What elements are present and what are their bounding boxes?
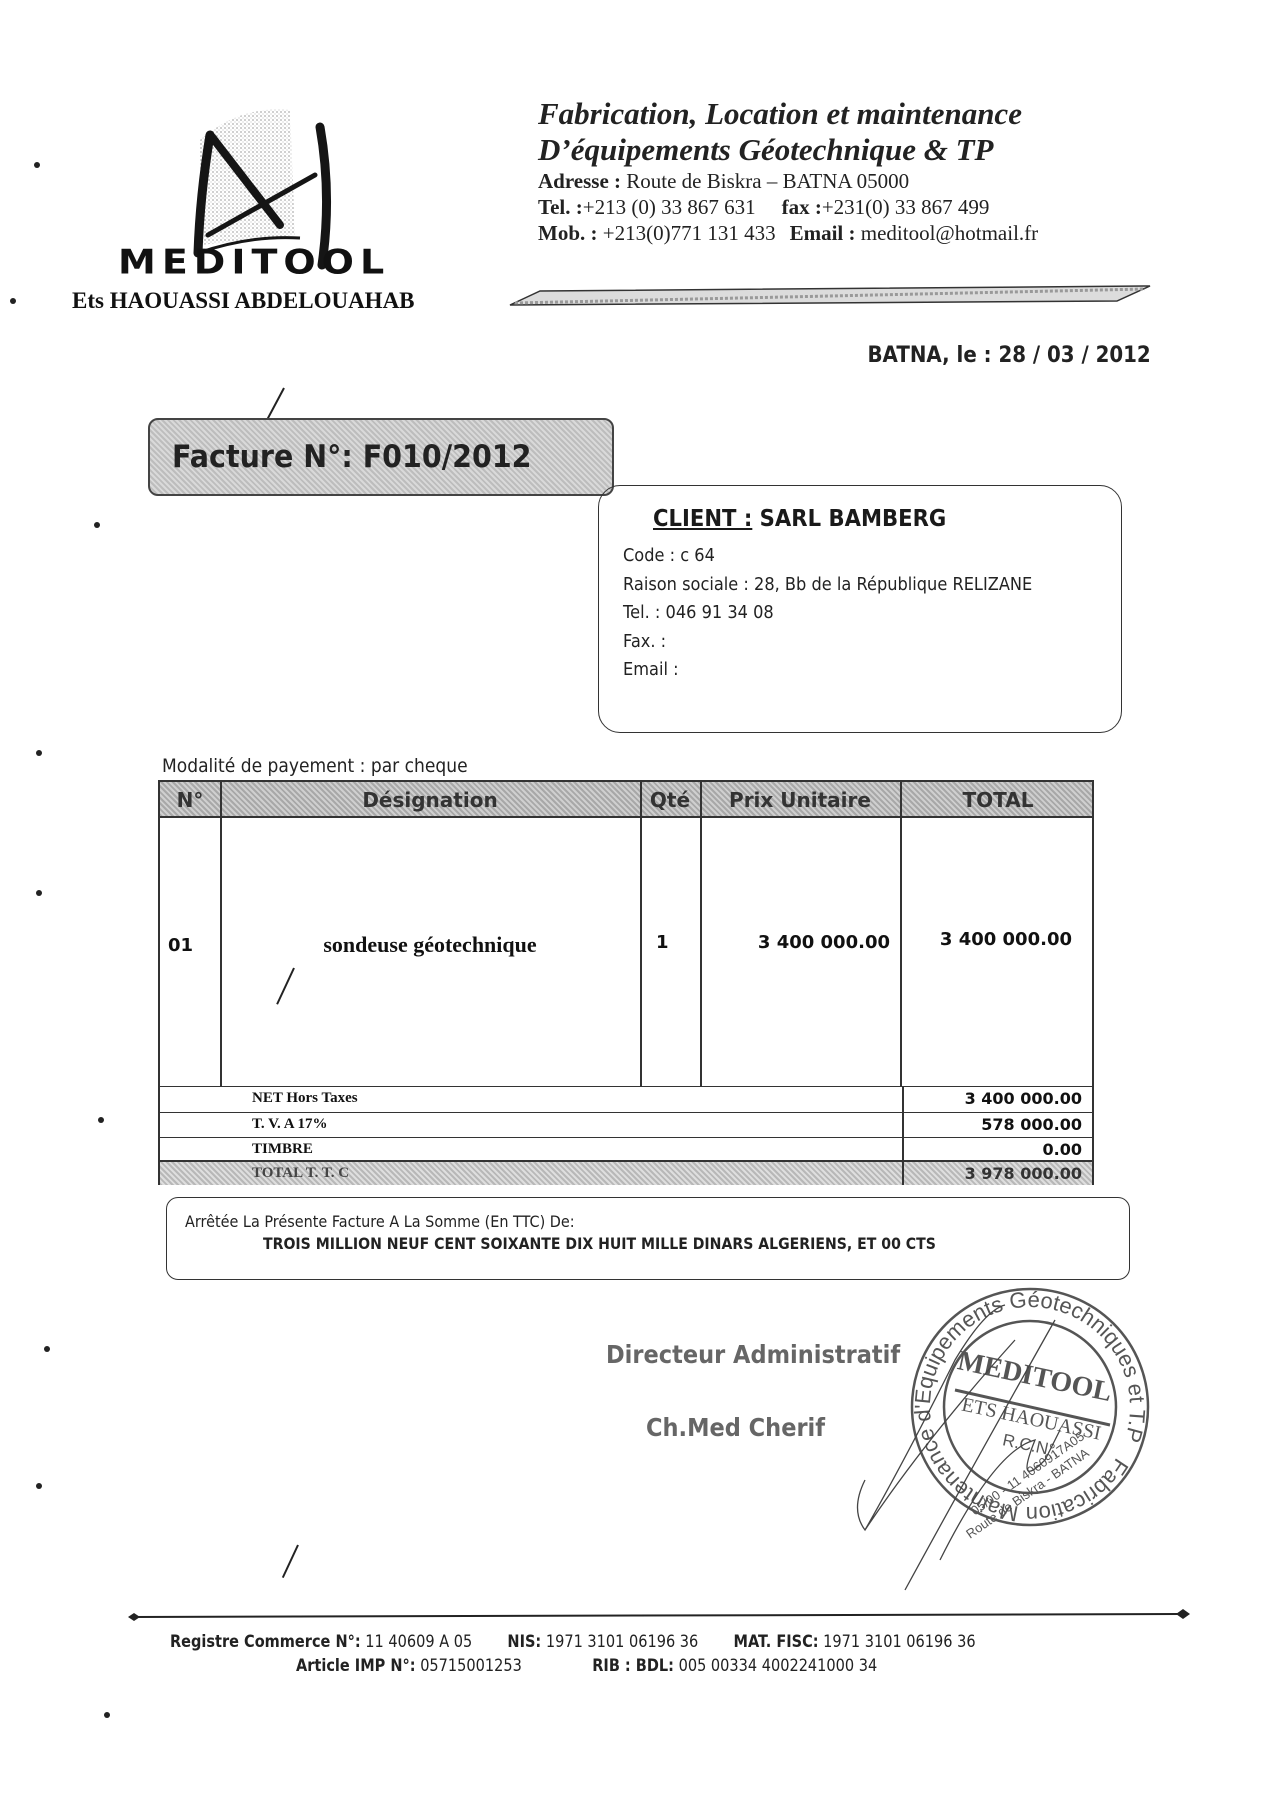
client-email: Email : bbox=[623, 656, 1071, 685]
address-line: Adresse : Route de Biskra – BATNA 05000 bbox=[538, 168, 1158, 194]
client-tel: Tel. : 046 91 34 08 bbox=[623, 599, 1071, 628]
summary-total-label: TOTAL T. T. C bbox=[252, 1165, 349, 1182]
row-no: 01 bbox=[168, 930, 193, 960]
summary-timbre-label: TIMBRE bbox=[252, 1141, 313, 1158]
footer-divider bbox=[128, 1606, 1190, 1628]
rc-value: 11 40609 A 05 bbox=[361, 1632, 473, 1651]
footer-line-2: Article IMP N°: 05715001253RIB : BDL: 00… bbox=[296, 1656, 877, 1675]
header-no: N° bbox=[160, 782, 220, 818]
summary-timbre-value: 0.00 bbox=[1043, 1140, 1082, 1159]
payment-method: Modalité de payement : par cheque bbox=[162, 755, 468, 777]
header-qty: Qté bbox=[640, 782, 700, 818]
handwritten-signature-icon bbox=[845, 1300, 1095, 1600]
rib-label: RIB : BDL: bbox=[592, 1656, 674, 1675]
punch-dot bbox=[104, 1712, 110, 1718]
punch-dot bbox=[94, 522, 100, 528]
table-header: N° Désignation Qté Prix Unitaire TOTAL bbox=[160, 782, 1092, 818]
punch-dot bbox=[36, 1483, 42, 1489]
tagline-line-1: Fabrication, Location et maintenance bbox=[538, 96, 1158, 132]
mat-fisc-label: MAT. FISC: bbox=[733, 1632, 818, 1651]
punch-dot bbox=[36, 750, 42, 756]
summary-net-value: 3 400 000.00 bbox=[965, 1089, 1082, 1108]
footer-line-1: Registre Commerce N°: 11 40609 A 05NIS: … bbox=[170, 1632, 976, 1651]
summary-tva-label: T. V. A 17% bbox=[252, 1116, 327, 1133]
company-header: Fabrication, Location et maintenance D’é… bbox=[538, 96, 1158, 246]
row-unit-price: 3 400 000.00 bbox=[700, 927, 890, 957]
phone-line: Tel. :+213 (0) 33 867 631fax :+231(0) 33… bbox=[538, 194, 1158, 220]
amount-in-words-label: Arrêtée La Présente Facture A La Somme (… bbox=[185, 1212, 1035, 1231]
rc-label: Registre Commerce N°: bbox=[170, 1632, 361, 1651]
summary-net-row: NET Hors Taxes 3 400 000.00 bbox=[160, 1086, 1092, 1112]
client-label: CLIENT : bbox=[653, 506, 752, 532]
amount-in-words-box: Arrêtée La Présente Facture A La Somme (… bbox=[166, 1197, 1130, 1280]
punch-dot bbox=[10, 298, 16, 304]
mat-fisc-value: 1971 3101 06196 36 bbox=[819, 1632, 976, 1651]
punch-dot bbox=[34, 162, 40, 168]
tel-label: Tel. : bbox=[538, 195, 583, 219]
logo-wordmark: MEDITOOL bbox=[118, 242, 390, 282]
rib-value: 005 00334 4002241000 34 bbox=[674, 1656, 877, 1675]
invoice-number-box: Facture N°: F010/2012 bbox=[148, 418, 614, 496]
tel-value: +213 (0) 33 867 631 bbox=[583, 195, 756, 219]
mob-value: +213(0)771 131 433 bbox=[598, 221, 776, 245]
mobile-line: Mob. : +213(0)771 131 433Email : meditoo… bbox=[538, 220, 1158, 246]
punch-dot bbox=[36, 890, 42, 896]
header-divider bbox=[505, 283, 1155, 309]
summary-tva-row: T. V. A 17% 578 000.00 bbox=[160, 1112, 1092, 1138]
company-owner: Ets HAOUASSI ABDELOUAHAB bbox=[72, 288, 415, 314]
row-total: 3 400 000.00 bbox=[900, 924, 1086, 954]
summary-total-value: 3 978 000.00 bbox=[965, 1164, 1082, 1183]
client-code: Code : c 64 bbox=[623, 542, 1071, 571]
punch-dot bbox=[44, 1346, 50, 1352]
header-total: TOTAL bbox=[900, 782, 1096, 818]
mob-label: Mob. : bbox=[538, 221, 598, 245]
punch-dot bbox=[98, 1117, 104, 1123]
email-label: Email : bbox=[790, 221, 856, 245]
signatory-name: Ch.Med Cherif bbox=[646, 1413, 825, 1442]
article-label: Article IMP N°: bbox=[296, 1656, 416, 1675]
email-value: meditool@hotmail.fr bbox=[856, 221, 1039, 245]
column-divider bbox=[640, 782, 642, 1086]
amount-in-words-value: TROIS MILLION NEUF CENT SOIXANTE DIX HUI… bbox=[263, 1234, 1025, 1253]
pen-mark bbox=[282, 1545, 299, 1578]
invoice-number: Facture N°: F010/2012 bbox=[172, 439, 532, 475]
row-qty: 1 bbox=[656, 927, 669, 957]
fax-value: +231(0) 33 867 499 bbox=[822, 195, 990, 219]
address-value: Route de Biskra – BATNA 05000 bbox=[621, 169, 909, 193]
nis-label: NIS: bbox=[507, 1632, 541, 1651]
summary-tva-value: 578 000.00 bbox=[981, 1115, 1082, 1134]
summary-divider bbox=[902, 1162, 904, 1185]
client-address: Raison sociale : 28, Bb de la République… bbox=[623, 571, 1071, 600]
invoice-date: BATNA, le : 28 / 03 / 2012 bbox=[868, 343, 1151, 368]
client-name: SARL BAMBERG bbox=[752, 506, 946, 532]
client-box: CLIENT : SARL BAMBERG Code : c 64 Raison… bbox=[598, 485, 1122, 733]
invoice-table: N° Désignation Qté Prix Unitaire TOTAL 0… bbox=[158, 780, 1094, 1185]
header-designation: Désignation bbox=[220, 782, 640, 818]
address-label: Adresse : bbox=[538, 169, 621, 193]
fax-label: fax : bbox=[782, 195, 822, 219]
nis-value: 1971 3101 06196 36 bbox=[541, 1632, 698, 1651]
client-fax: Fax. : bbox=[623, 628, 1071, 657]
tagline-line-2: D’équipements Géotechnique & TP bbox=[538, 132, 1158, 168]
summary-divider bbox=[902, 1113, 904, 1138]
summary-net-label: NET Hors Taxes bbox=[252, 1090, 358, 1107]
row-designation: sondeuse géotechnique bbox=[220, 930, 640, 960]
summary-total-row: TOTAL T. T. C 3 978 000.00 bbox=[160, 1160, 1092, 1185]
header-unit-price: Prix Unitaire bbox=[700, 782, 900, 818]
summary-divider bbox=[902, 1087, 904, 1112]
article-value: 05715001253 bbox=[416, 1656, 522, 1675]
client-title: CLIENT : SARL BAMBERG bbox=[653, 506, 1084, 532]
